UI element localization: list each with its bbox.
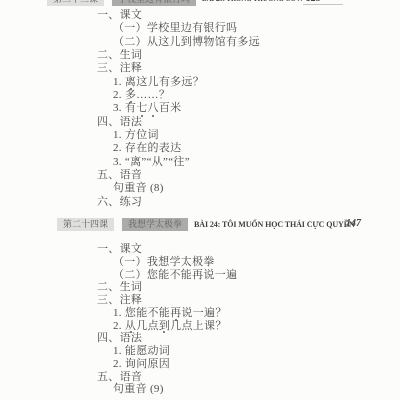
emphasized-char: 从 bbox=[125, 320, 136, 333]
page-number: 125 bbox=[306, 0, 321, 6]
toc-line: 五、语音 bbox=[0, 169, 400, 182]
toc-line: 2. 多……？ bbox=[0, 89, 400, 102]
page-number: 147 bbox=[346, 217, 361, 231]
emphasized-char: 离 bbox=[125, 76, 136, 89]
toc-line: （一）学校里边有银行吗 bbox=[0, 22, 400, 35]
toc-line: 二、生词 bbox=[0, 281, 400, 294]
toc-line: 2. 存在的表达 bbox=[0, 142, 400, 155]
chapter-subtitle-vietnamese: BÀI 23: TRONG TRƯỜNG CÓ NGÂN HÀNG KHÔNG bbox=[202, 0, 302, 3]
toc-line: 1. 能愿动词 bbox=[0, 345, 400, 358]
emphasized-char: 再 bbox=[170, 307, 181, 320]
toc-line: （一）我想学太极拳 bbox=[0, 256, 400, 269]
toc-line: 句重音 (8) bbox=[0, 182, 400, 195]
toc-line: 1. 离这儿有多远？ bbox=[0, 76, 400, 89]
chapter-24-header: 第二十四课 我想学太极拳 BÀI 24: TÔI MUỐN HỌC THÁI C… bbox=[0, 217, 400, 231]
emphasized-char: 七 bbox=[136, 102, 147, 115]
toc-line: 二、生词 bbox=[0, 49, 400, 62]
chapter-24-toc: 一、课文（一）我想学太极拳（二）您能不能再说一遍二、生词三、注释1. 您能不能再… bbox=[0, 243, 400, 396]
toc-line: 一、课文 bbox=[0, 9, 400, 22]
toc-line: （二）您能不能再说一遍 bbox=[0, 269, 400, 282]
chapter-23-toc: 一、课文（一）学校里边有银行吗（二）从这儿到博物馆有多远二、生词三、注释1. 离… bbox=[0, 9, 400, 209]
chapter-23-header: 第二十三课 学校里边有银行吗 BÀI 23: TRONG TRƯỜNG CÓ N… bbox=[0, 0, 400, 6]
toc-line: 3. “离”“从”“往” bbox=[0, 156, 400, 169]
toc-line: （二）从这儿到博物馆有多远 bbox=[0, 36, 400, 49]
toc-line: 六、练习 bbox=[0, 196, 400, 209]
chapter-title-box: 我想学太极拳 bbox=[122, 218, 188, 231]
toc-line: 一、课文 bbox=[0, 243, 400, 256]
toc-line: 四、语法 bbox=[0, 332, 400, 345]
toc-line: 1. 您能不能再说一遍？ bbox=[0, 307, 400, 320]
toc-line: 2. 询问原因 bbox=[0, 358, 400, 371]
chapter-title-box: 学校里边有银行吗 bbox=[112, 0, 196, 6]
toc-line: 三、注释 bbox=[0, 62, 400, 75]
chapter-subtitle-vietnamese: BÀI 24: TÔI MUỐN HỌC THÁI CỰC QUYỀN bbox=[194, 220, 355, 229]
toc-line: 三、注释 bbox=[0, 294, 400, 307]
toc-page: 第二十三课 学校里边有银行吗 BÀI 23: TRONG TRƯỜNG CÓ N… bbox=[0, 0, 400, 400]
page-number-underline bbox=[303, 4, 343, 5]
toc-line: 四、语法 bbox=[0, 116, 400, 129]
toc-line: 五、语音 bbox=[0, 371, 400, 384]
emphasized-char: 到 bbox=[159, 320, 170, 333]
chapter-number-box: 第二十四课 bbox=[57, 218, 114, 231]
toc-line: 3. 有七八百米 bbox=[0, 102, 400, 115]
chapter-number-box: 第二十三课 bbox=[47, 0, 104, 6]
toc-line: 句重音 (9) bbox=[0, 383, 400, 396]
emphasized-char: 多 bbox=[125, 89, 136, 102]
toc-line: 1. 方位词 bbox=[0, 129, 400, 142]
toc-line: 2. 从几点到几点上课？ bbox=[0, 320, 400, 333]
emphasized-char: 八 bbox=[148, 102, 159, 115]
